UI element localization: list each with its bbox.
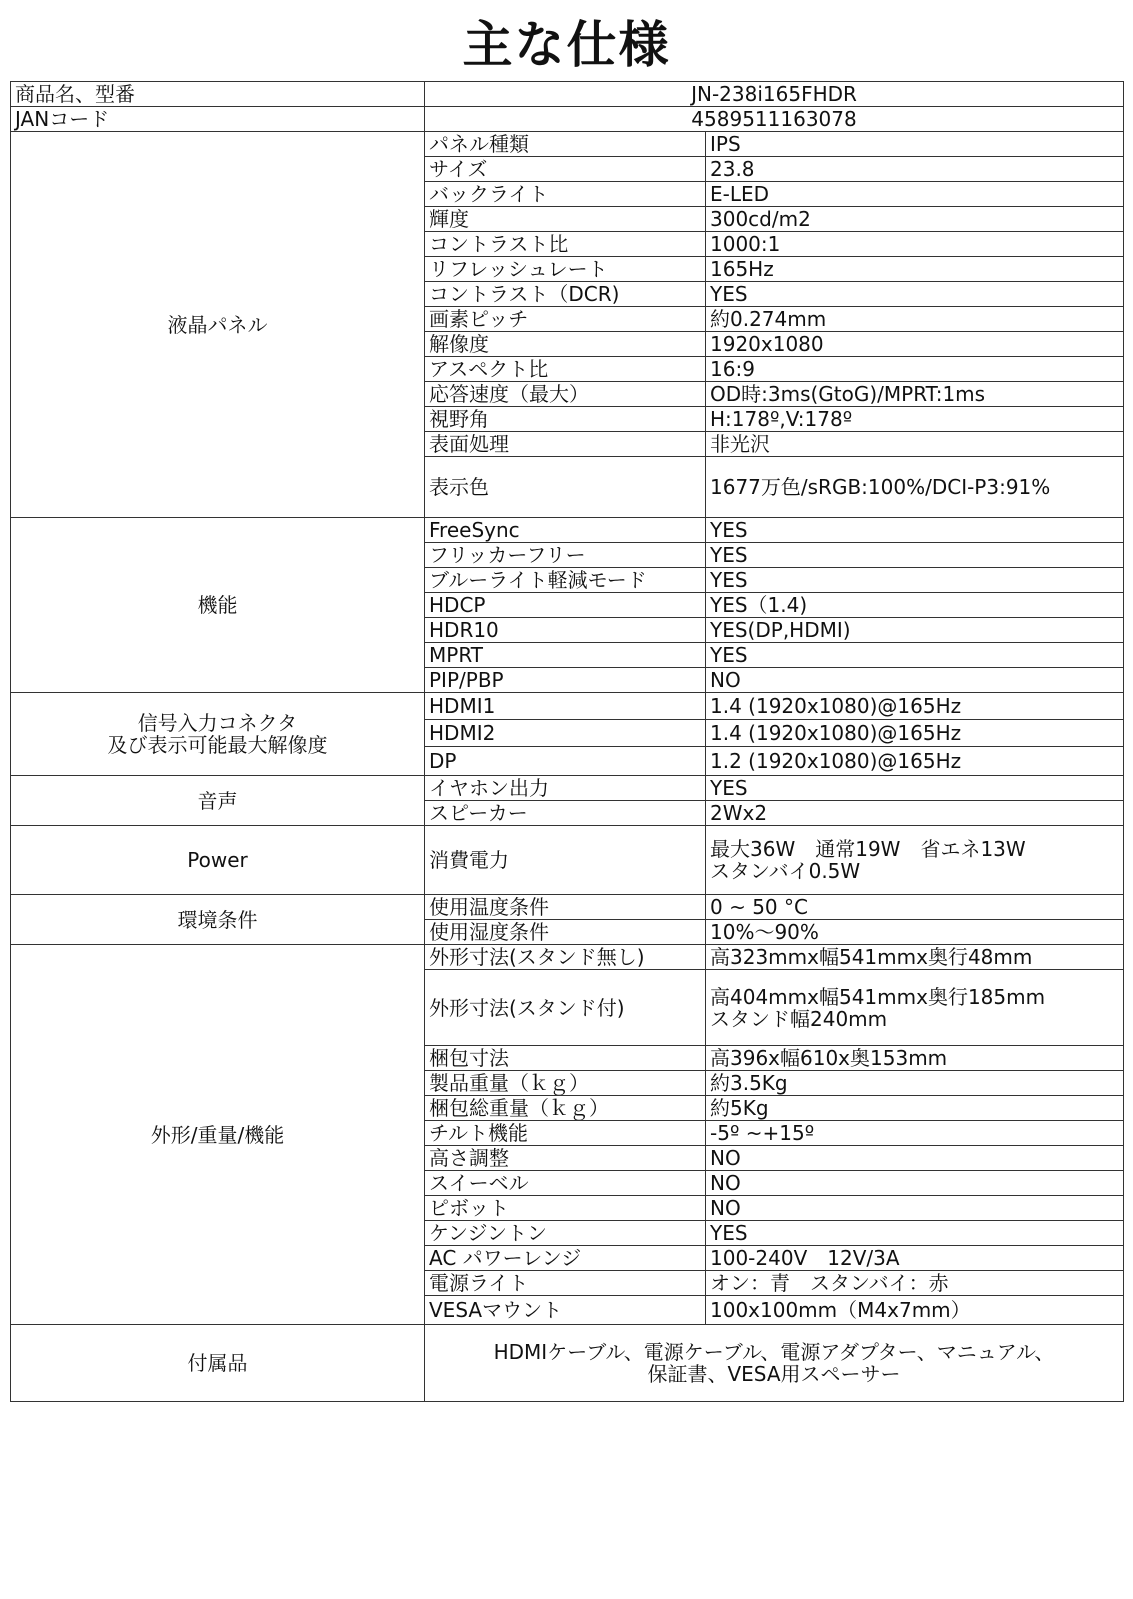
product-label: 商品名、型番 (11, 82, 425, 107)
accessories-list: HDMIケーブル、電源ケーブル、電源アダプター、マニュアル、 保証書、VESA用… (425, 1325, 1124, 1402)
spec-value: YES（1.4) (706, 593, 1124, 618)
spec-value: YES (706, 776, 1124, 801)
spec-key: フリッカーフリー (425, 543, 706, 568)
spec-value: 1000:1 (706, 232, 1124, 257)
spec-value: OD時:3ms(GtoG)/MPRT:1ms (706, 382, 1124, 407)
category-label-line1: 信号入力コネクタ (15, 712, 420, 734)
spec-value: 100x100mm（M4x7mm） (706, 1296, 1124, 1325)
category-features: 機能 (11, 518, 425, 693)
category-lcd-panel: 液晶パネル (11, 132, 425, 518)
spec-key: 使用湿度条件 (425, 920, 706, 945)
spec-table: 商品名、型番 JN-238i165FHDR JANコード 45895111630… (10, 81, 1124, 1402)
spec-value: 165Hz (706, 257, 1124, 282)
spec-value: 非光沢 (706, 432, 1124, 457)
spec-key: 消費電力 (425, 826, 706, 895)
spec-value: 10%～90% (706, 920, 1124, 945)
spec-key: 応答速度（最大） (425, 382, 706, 407)
spec-key: 表面処理 (425, 432, 706, 457)
spec-value: 100-240V 12V/3A (706, 1246, 1124, 1271)
spec-value: 23.8 (706, 157, 1124, 182)
power-consumption-line1: 最大36W 通常19W 省エネ13W (710, 838, 1119, 860)
spec-key: 使用温度条件 (425, 895, 706, 920)
dimension-line2: スタンド幅240mm (710, 1008, 1119, 1030)
spec-value: 1920x1080 (706, 332, 1124, 357)
spec-key: VESAマウント (425, 1296, 706, 1325)
table-row-product: 商品名、型番 JN-238i165FHDR (11, 82, 1124, 107)
spec-key: 外形寸法(スタンド無し) (425, 945, 706, 970)
category-environment: 環境条件 (11, 895, 425, 945)
category-physical: 外形/重量/機能 (11, 945, 425, 1325)
spec-key: 梱包総重量（ｋｇ） (425, 1096, 706, 1121)
spec-value: 約3.5Kg (706, 1071, 1124, 1096)
power-consumption-line2: スタンバイ0.5W (710, 860, 1119, 882)
spec-key: 輝度 (425, 207, 706, 232)
spec-value: 300cd/m2 (706, 207, 1124, 232)
spec-key: 表示色 (425, 457, 706, 518)
spec-key: HDCP (425, 593, 706, 618)
jan-label: JANコード (11, 107, 425, 132)
spec-key: MPRT (425, 643, 706, 668)
spec-key: DP (425, 747, 706, 776)
spec-value: 1.2 (1920x1080)@165Hz (706, 747, 1124, 776)
spec-key: ピボット (425, 1196, 706, 1221)
spec-key: 梱包寸法 (425, 1046, 706, 1071)
spec-value: NO (706, 668, 1124, 693)
accessories-line1: HDMIケーブル、電源ケーブル、電源アダプター、マニュアル、 (429, 1341, 1119, 1363)
spec-value: 1.4 (1920x1080)@165Hz (706, 693, 1124, 720)
category-input-connectors: 信号入力コネクタ 及び表示可能最大解像度 (11, 693, 425, 776)
spec-value: 最大36W 通常19W 省エネ13W スタンバイ0.5W (706, 826, 1124, 895)
spec-value: YES (706, 643, 1124, 668)
spec-value: 16:9 (706, 357, 1124, 382)
spec-value: 2Wx2 (706, 801, 1124, 826)
spec-value: 高404mmx幅541mmx奥行185mm スタンド幅240mm (706, 970, 1124, 1046)
table-row-accessories: 付属品 HDMIケーブル、電源ケーブル、電源アダプター、マニュアル、 保証書、V… (11, 1325, 1124, 1402)
spec-key: アスペクト比 (425, 357, 706, 382)
spec-value: 約5Kg (706, 1096, 1124, 1121)
spec-key: 電源ライト (425, 1271, 706, 1296)
spec-value: 高396x幅610x奥153mm (706, 1046, 1124, 1071)
spec-key: コントラスト比 (425, 232, 706, 257)
spec-value: NO (706, 1171, 1124, 1196)
spec-key: スピーカー (425, 801, 706, 826)
spec-key: 製品重量（ｋｇ） (425, 1071, 706, 1096)
table-row: Power 消費電力 最大36W 通常19W 省エネ13W スタンバイ0.5W (11, 826, 1124, 895)
spec-key: パネル種類 (425, 132, 706, 157)
product-model: JN-238i165FHDR (425, 82, 1124, 107)
spec-key: スイーベル (425, 1171, 706, 1196)
spec-value: 約0.274mm (706, 307, 1124, 332)
spec-key: ブルーライト軽減モード (425, 568, 706, 593)
spec-value: NO (706, 1146, 1124, 1171)
spec-value: NO (706, 1196, 1124, 1221)
table-row: 信号入力コネクタ 及び表示可能最大解像度 HDMI1 1.4 (1920x108… (11, 693, 1124, 720)
spec-value: 0 ~ 50 °C (706, 895, 1124, 920)
category-accessories: 付属品 (11, 1325, 425, 1402)
spec-value: 高323mmx幅541mmx奥行48mm (706, 945, 1124, 970)
category-power: Power (11, 826, 425, 895)
page-title: 主な仕様 (0, 10, 1133, 80)
table-row: 環境条件 使用温度条件 0 ~ 50 °C (11, 895, 1124, 920)
spec-value: 1677万色/sRGB:100%/DCI-P3:91% (706, 457, 1124, 518)
table-row: 外形/重量/機能 外形寸法(スタンド無し) 高323mmx幅541mmx奥行48… (11, 945, 1124, 970)
table-row-jan: JANコード 4589511163078 (11, 107, 1124, 132)
spec-key: 高さ調整 (425, 1146, 706, 1171)
spec-key: AC パワーレンジ (425, 1246, 706, 1271)
spec-key: HDMI1 (425, 693, 706, 720)
spec-key: サイズ (425, 157, 706, 182)
spec-key: バックライト (425, 182, 706, 207)
spec-key: 視野角 (425, 407, 706, 432)
spec-key: リフレッシュレート (425, 257, 706, 282)
spec-key: PIP/PBP (425, 668, 706, 693)
spec-value: YES (706, 282, 1124, 307)
spec-key: 画素ピッチ (425, 307, 706, 332)
spec-key: FreeSync (425, 518, 706, 543)
spec-key: HDMI2 (425, 720, 706, 747)
category-label-line2: 及び表示可能最大解像度 (15, 734, 420, 756)
spec-key: HDR10 (425, 618, 706, 643)
spec-key: チルト機能 (425, 1121, 706, 1146)
accessories-line2: 保証書、VESA用スペーサー (429, 1363, 1119, 1385)
spec-value: YES (706, 1221, 1124, 1246)
spec-value: YES (706, 518, 1124, 543)
spec-key: ケンジントン (425, 1221, 706, 1246)
table-row: 機能 FreeSync YES (11, 518, 1124, 543)
jan-code: 4589511163078 (425, 107, 1124, 132)
spec-value: YES (706, 568, 1124, 593)
spec-key: 外形寸法(スタンド付) (425, 970, 706, 1046)
spec-value: -5º ~+15º (706, 1121, 1124, 1146)
spec-value: 1.4 (1920x1080)@165Hz (706, 720, 1124, 747)
spec-key: 解像度 (425, 332, 706, 357)
spec-key: イヤホン出力 (425, 776, 706, 801)
category-audio: 音声 (11, 776, 425, 826)
spec-value: オン：青 スタンバイ：赤 (706, 1271, 1124, 1296)
spec-value: YES(DP,HDMI) (706, 618, 1124, 643)
table-row: 音声 イヤホン出力 YES (11, 776, 1124, 801)
spec-key: コントラスト（DCR) (425, 282, 706, 307)
spec-value: IPS (706, 132, 1124, 157)
spec-value: YES (706, 543, 1124, 568)
spec-value: H:178º,V:178º (706, 407, 1124, 432)
spec-value: E-LED (706, 182, 1124, 207)
table-row: 液晶パネル パネル種類 IPS (11, 132, 1124, 157)
dimension-line1: 高404mmx幅541mmx奥行185mm (710, 986, 1119, 1008)
